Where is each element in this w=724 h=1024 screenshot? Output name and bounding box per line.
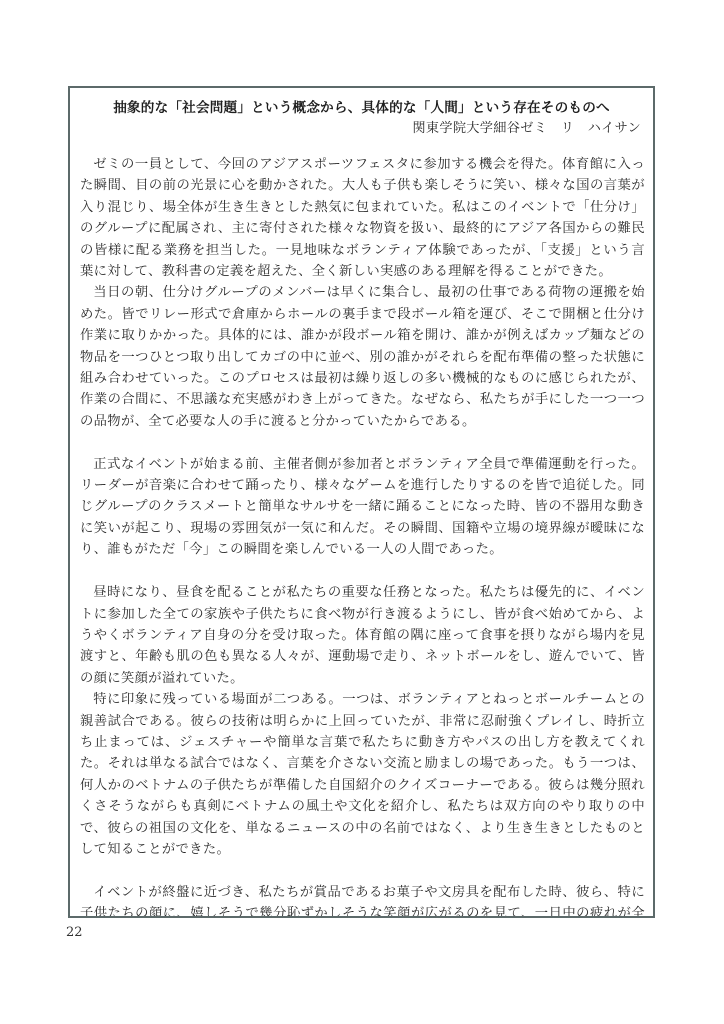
essay-author: 関東学院大学細谷ゼミ リ ハイサン	[412, 117, 641, 136]
page-number: 22	[66, 925, 83, 940]
paragraph-spacer	[80, 561, 645, 582]
paragraph-1: ゼミの一員として、今回のアジアスポーツフェスタに参加する機会を得た。体育館に入っ…	[80, 154, 645, 282]
essay-body: ゼミの一員として、今回のアジアスポーツフェスタに参加する機会を得た。体育館に入っ…	[80, 154, 645, 918]
paragraph-5: 特に印象に残っている場面が二つある。一つは、ボランティアとねっとボールチームとの…	[80, 689, 645, 860]
paragraph-4: 昼時になり、昼食を配ることが私たちの重要な任務となった。私たちは優先的に、イベン…	[80, 582, 645, 689]
paragraph-6: イベントが終盤に近づき、私たちが賞品であるお菓子や文房具を配布した時、彼ら、特に…	[80, 882, 645, 918]
essay-frame: 抽象的な「社会問題」という概念から、具体的な「人間」という存在そのものへ 関東学…	[68, 86, 655, 918]
paragraph-2: 当日の朝、仕分けグループのメンバーは早くに集合し、最初の仕事である荷物の運搬を始…	[80, 282, 645, 432]
paragraph-3: 正式なイベントが始まる前、主催者側が参加者とボランティア全員で準備運動を行った。…	[80, 454, 645, 561]
essay-title: 抽象的な「社会問題」という概念から、具体的な「人間」という存在そのものへ	[70, 96, 653, 116]
paragraph-spacer	[80, 432, 645, 453]
paragraph-spacer	[80, 860, 645, 881]
